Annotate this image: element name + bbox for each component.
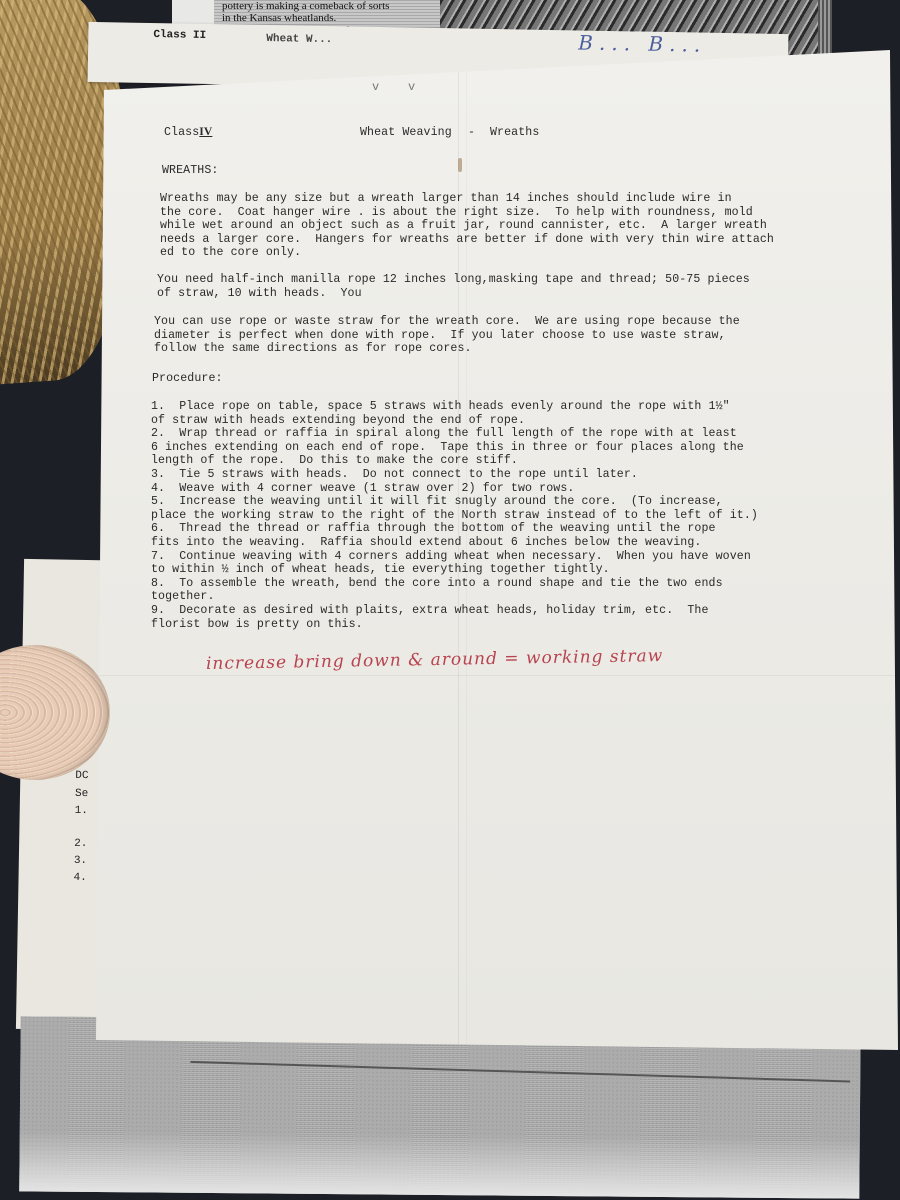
- class-word: Class: [164, 126, 199, 139]
- paragraph-wire-core: Wreaths may be any size but a wreath lar…: [160, 192, 774, 260]
- blue-handwriting: B... B...: [578, 30, 706, 56]
- left-page-text: 2.: [74, 838, 87, 850]
- left-page-text: 1.: [75, 805, 88, 817]
- left-page-text: Se: [75, 788, 88, 800]
- procedure-heading: Procedure:: [152, 372, 223, 386]
- wreath-instructions-page: v v ClassIV Wheat Weaving - Wreaths WREA…: [96, 50, 898, 1050]
- newspaper-rule: [190, 1061, 850, 1083]
- section-heading: WREATHS:: [162, 164, 218, 178]
- title-separator: -: [468, 126, 475, 140]
- v-mark: v: [408, 80, 415, 94]
- photo-scene: pottery is making a comeback of sorts in…: [0, 0, 900, 1200]
- class-number: IV: [199, 125, 212, 138]
- clipping-line: pottery is making a comeback of sorts: [222, 0, 432, 12]
- paper-fold: [96, 675, 898, 676]
- back-page-title: Class II: [153, 29, 206, 42]
- left-page-text: 4.: [73, 872, 86, 884]
- paper-stain: [458, 158, 462, 172]
- document-title: Wheat Weaving: [360, 126, 452, 140]
- left-page-text: 3.: [74, 855, 87, 867]
- newspaper-fade: [19, 1131, 859, 1198]
- left-page-text: DC: [75, 770, 88, 782]
- v-mark: v: [372, 80, 379, 94]
- class-label: ClassIV: [164, 125, 212, 140]
- back-page-subtitle: Wheat W...: [266, 33, 332, 46]
- document-subtitle: Wreaths: [490, 126, 539, 140]
- paragraph-materials: You need half-inch manilla rope 12 inche…: [157, 273, 750, 300]
- procedure-steps: 1. Place rope on table, space 5 straws w…: [151, 400, 758, 631]
- clipping-line: in the Kansas wheatlands.: [222, 12, 432, 24]
- handwritten-note: increase bring down & around = working s…: [206, 646, 664, 674]
- paragraph-core-choice: You can use rope or waste straw for the …: [154, 315, 740, 356]
